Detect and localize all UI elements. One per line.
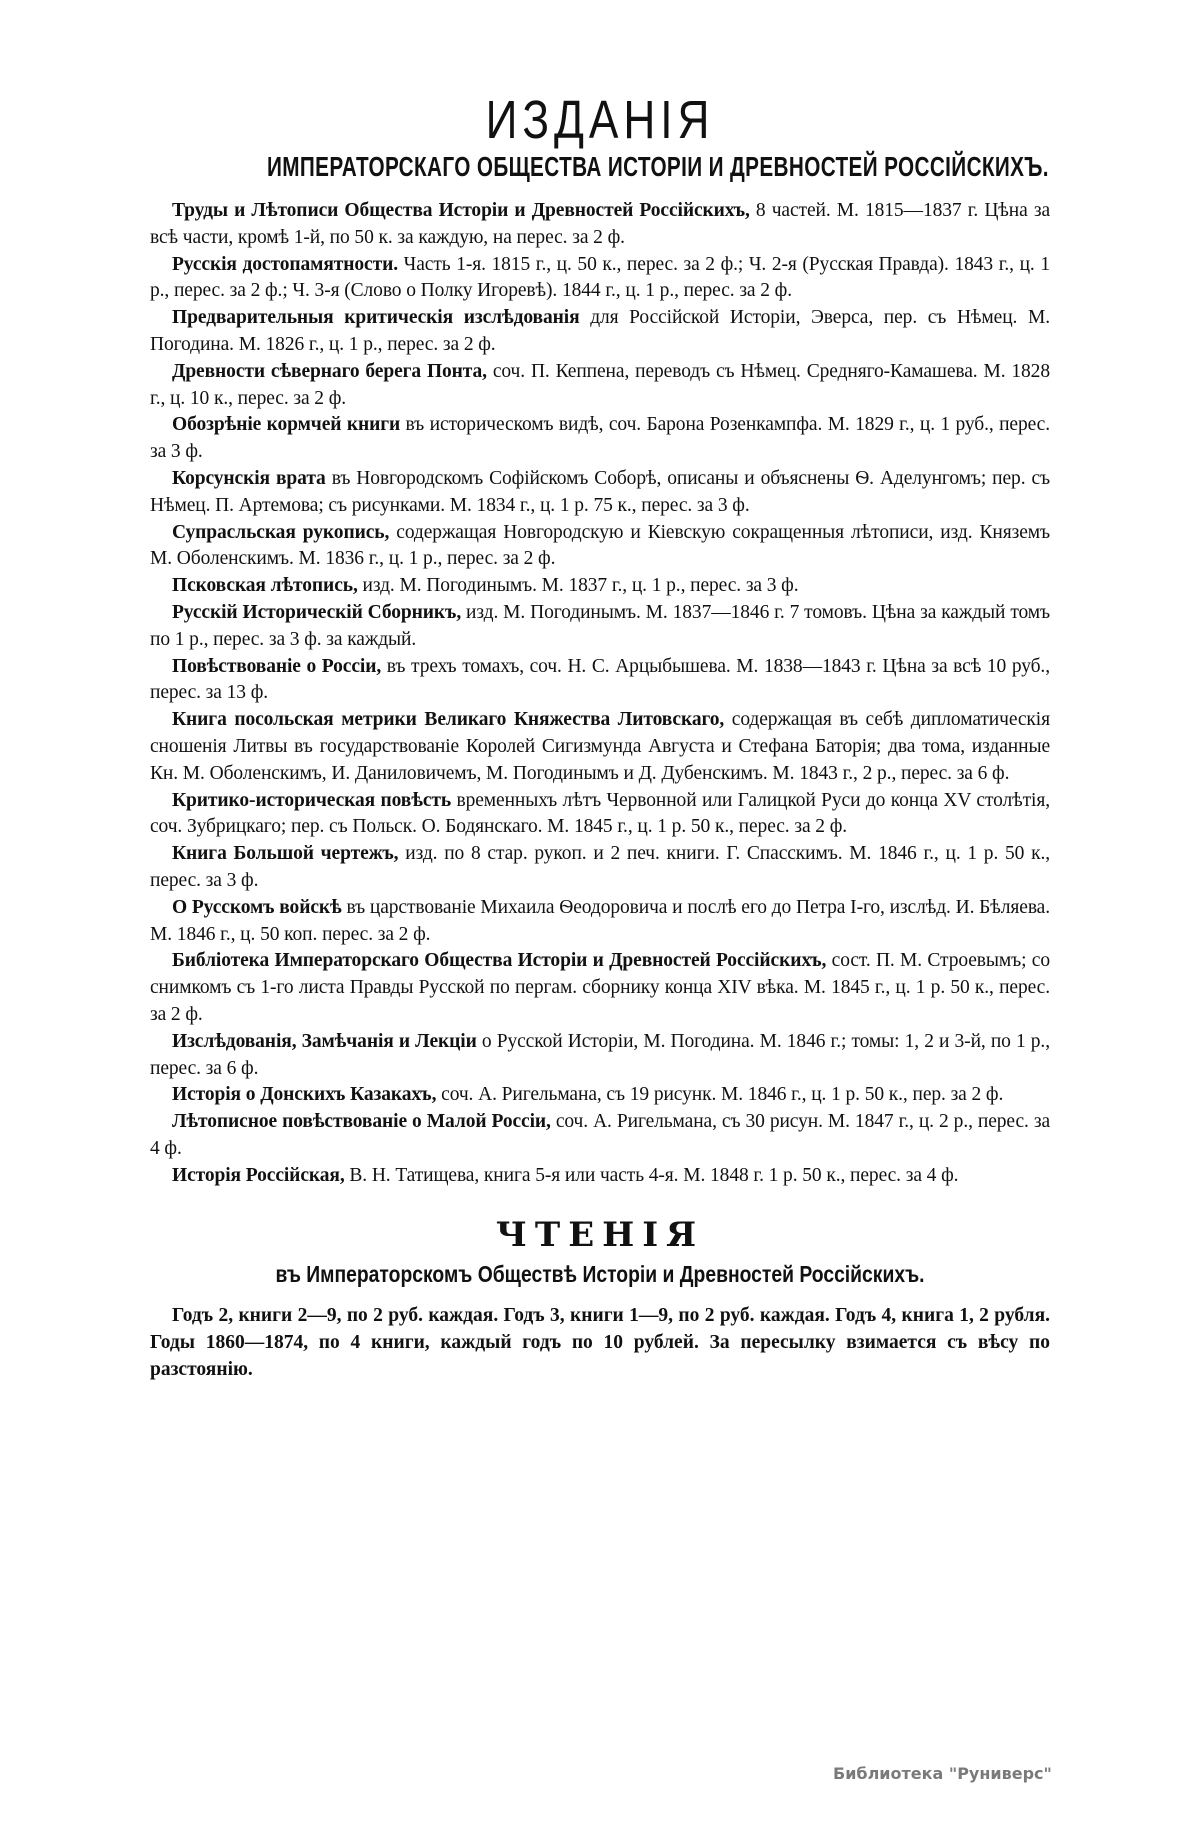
library-watermark: Библиотека "Руниверс" bbox=[833, 1764, 1052, 1783]
list-item: Лѣтописное повѣствованіе о Малой Россіи,… bbox=[150, 1109, 1050, 1163]
entry-title: Книга Большой чертежъ, bbox=[172, 843, 398, 864]
section-subtitle: въ Императорскомъ Обществѣ Исторіи и Дре… bbox=[222, 1259, 978, 1289]
list-item: Обозрѣніе кормчей книги въ историческомъ… bbox=[150, 412, 1050, 466]
entry-title: Псковская лѣтопись, bbox=[172, 575, 358, 596]
entry-title: Древности сѣвернаго берега Понта, bbox=[172, 361, 487, 382]
entry-title: Русскія достопамятности. bbox=[172, 254, 398, 275]
list-item: Исторія Россійская, В. Н. Татищева, книг… bbox=[150, 1163, 1050, 1190]
entry-title: Супрасльская рукопись, bbox=[172, 522, 389, 543]
entry-title: Повѣствованіе о Россіи, bbox=[172, 656, 381, 677]
list-item: Исторія о Донскихъ Казакахъ, соч. А. Риг… bbox=[150, 1082, 1050, 1109]
entry-title: Критико-историческая повѣсть bbox=[172, 790, 451, 811]
list-item: Книга Большой чертежъ, изд. по 8 стар. р… bbox=[150, 841, 1050, 895]
list-item: Библіотека Императорскаго Общества Истор… bbox=[150, 948, 1050, 1028]
list-item: Древности сѣвернаго берега Понта, соч. П… bbox=[150, 359, 1050, 413]
entry-title: Изслѣдованія, Замѣчанія и Лекціи bbox=[172, 1031, 477, 1052]
list-item: Предварительныя критическія изслѣдованія… bbox=[150, 305, 1050, 359]
list-item: Псковская лѣтопись, изд. М. Погодинымъ. … bbox=[150, 573, 1050, 600]
entry-title: Книга посольская метрики Великаго Княжес… bbox=[172, 709, 724, 730]
page-title: ИЗДАНІЯ bbox=[231, 90, 969, 150]
entry-title: Предварительныя критическія изслѣдованія bbox=[172, 307, 580, 328]
entry-body: изд. М. Погодинымъ. М. 1837 г., ц. 1 р.,… bbox=[358, 575, 799, 596]
entry-title: Лѣтописное повѣствованіе о Малой Россіи, bbox=[172, 1111, 551, 1132]
entry-title: Исторія о Донскихъ Казакахъ, bbox=[172, 1084, 436, 1105]
entry-body: соч. А. Ригельмана, съ 19 рисунк. М. 184… bbox=[436, 1084, 1003, 1105]
entry-body: В. Н. Татищева, книга 5-я или часть 4-я.… bbox=[345, 1165, 959, 1186]
list-item: Критико-историческая повѣсть временныхъ … bbox=[150, 788, 1050, 842]
entry-title: Обозрѣніе кормчей книги bbox=[172, 414, 400, 435]
page-subtitle: ИМПЕРАТОРСКАГО ОБЩЕСТВА ИСТОРІИ И ДРЕВНО… bbox=[267, 150, 933, 184]
list-item: Русскій Историческій Сборникъ, изд. М. П… bbox=[150, 600, 1050, 654]
list-item: Изслѣдованія, Замѣчанія и Лекціи о Русск… bbox=[150, 1029, 1050, 1083]
list-item: Корсунскія врата въ Новгородскомъ Софійс… bbox=[150, 466, 1050, 520]
publications-list: Труды и Лѣтописи Общества Исторіи и Древ… bbox=[150, 198, 1050, 1189]
document-page: ИЗДАНІЯ ИМПЕРАТОРСКАГО ОБЩЕСТВА ИСТОРІИ … bbox=[150, 90, 1050, 1384]
section-title: ЧТЕНІЯ bbox=[150, 1215, 1050, 1255]
entry-title: Русскій Историческій Сборникъ, bbox=[172, 602, 461, 623]
list-item: Книга посольская метрики Великаго Княжес… bbox=[150, 707, 1050, 787]
list-item: О Русскомъ войскѣ въ царствованіе Михаил… bbox=[150, 895, 1050, 949]
entry-title: Труды и Лѣтописи Общества Исторіи и Древ… bbox=[172, 200, 750, 221]
list-item: Повѣствованіе о Россіи, въ трехъ томахъ,… bbox=[150, 654, 1050, 708]
entry-title: Исторія Россійская, bbox=[172, 1165, 345, 1186]
entry-title: Библіотека Императорскаго Общества Истор… bbox=[172, 950, 826, 971]
entry-title: О Русскомъ войскѣ bbox=[172, 897, 342, 918]
list-item: Труды и Лѣтописи Общества Исторіи и Древ… bbox=[150, 198, 1050, 252]
list-item: Русскія достопамятности. Часть 1-я. 1815… bbox=[150, 252, 1050, 306]
list-item: Супрасльская рукопись, содержащая Новгор… bbox=[150, 520, 1050, 574]
entry-title: Корсунскія врата bbox=[172, 468, 326, 489]
section-text: Годъ 2, книги 2—9, по 2 руб. каждая. Год… bbox=[150, 1303, 1050, 1383]
